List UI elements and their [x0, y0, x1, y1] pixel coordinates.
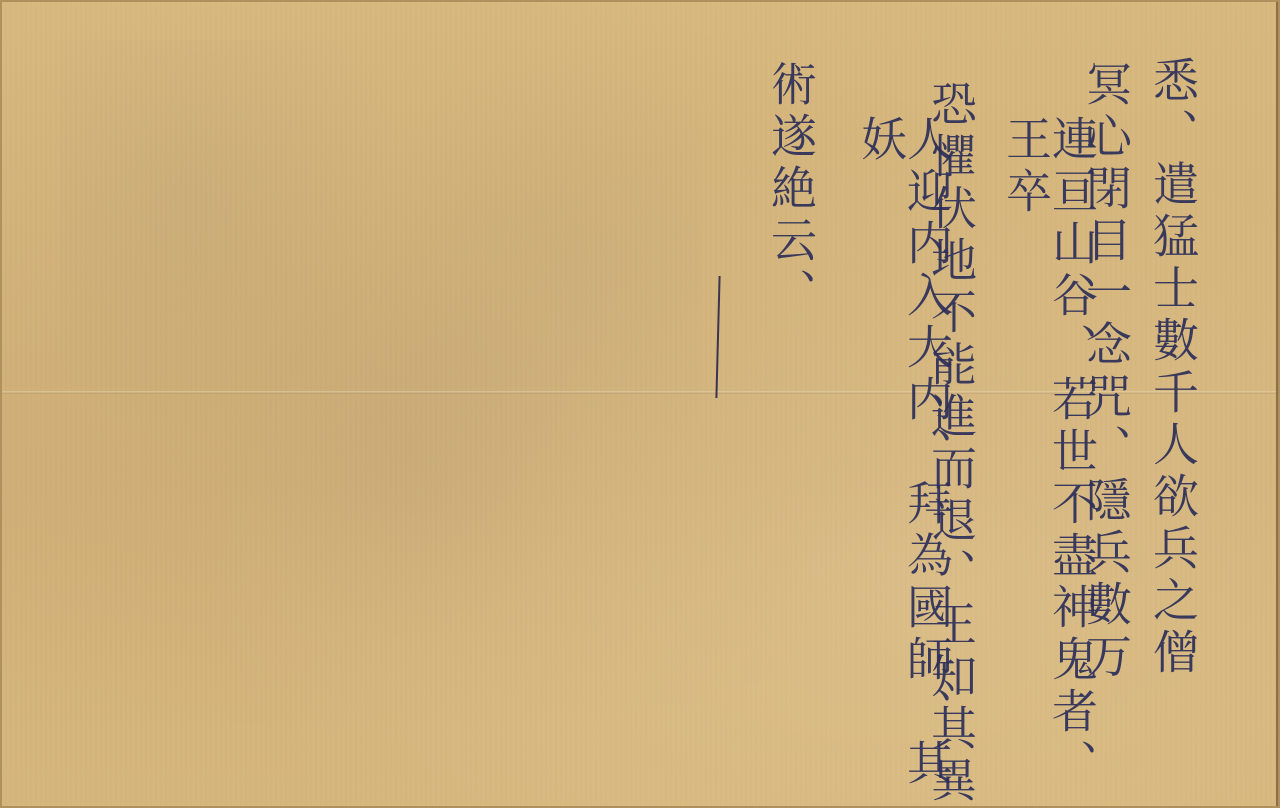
text-column-5: 人迎内入大内、拜為國師、其妖 — [858, 115, 950, 808]
text-column-1: 悉、遣猛士數千人欲兵之僧 — [1150, 56, 1196, 680]
paper-right-edge — [1276, 0, 1278, 808]
end-mark-line — [715, 276, 720, 398]
text-column-3: 連亘山谷、若世不盡神鬼者、王卒 — [1003, 115, 1095, 808]
manuscript-page: 悉、遣猛士數千人欲兵之僧 冥心閉目一念咒、隱兵數万 連亘山谷、若世不盡神鬼者、王… — [0, 0, 1280, 808]
ink-bleed-through — [60, 40, 700, 780]
text-column-6: 術遂絶云、 — [768, 60, 814, 320]
